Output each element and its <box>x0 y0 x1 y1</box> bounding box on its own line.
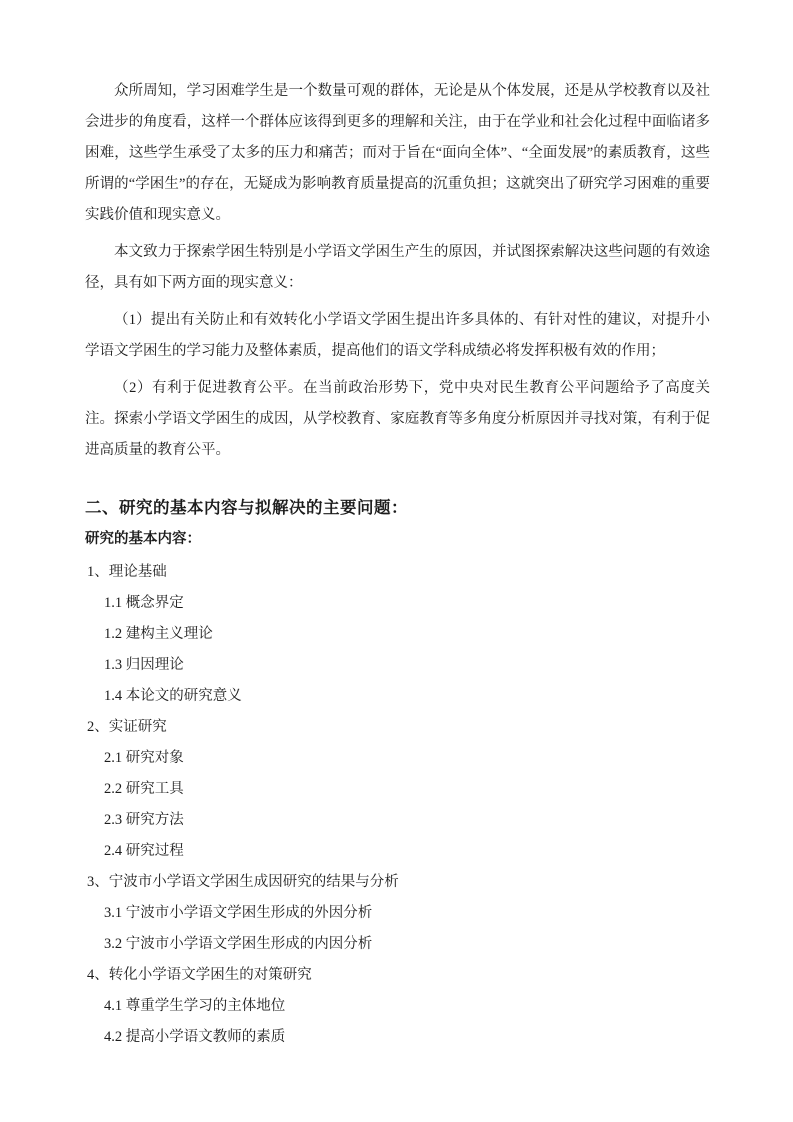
outline-item-3: 3、宁波市小学语文学困生成因研究的结果与分析 <box>85 867 710 898</box>
subsection-heading: 研究的基本内容： <box>85 524 710 555</box>
outline-item-1-2: 1.2 建构主义理论 <box>85 619 710 650</box>
outline-item-3-1: 3.1 宁波市小学语文学困生形成的外因分析 <box>85 898 710 929</box>
intro-paragraph: 众所周知，学习困难学生是一个数量可观的群体，无论是从个体发展，还是从学校教育以及… <box>85 76 710 231</box>
significance-point-1: （1）提出有关防止和有效转化小学语文学困生提出许多具体的、有针对性的建议，对提升… <box>85 305 710 367</box>
section-heading: 二、研究的基本内容与拟解决的主要问题： <box>85 492 710 524</box>
significance-point-2: （2）有利于促进教育公平。在当前政治形势下，党中央对民生教育公平问题给予了高度关… <box>85 373 710 466</box>
purpose-paragraph: 本文致力于探索学困生特别是小学语文学困生产生的原因，并试图探索解决这些问题的有效… <box>85 237 710 299</box>
outline-list: 1、理论基础 1.1 概念界定 1.2 建构主义理论 1.3 归因理论 1.4 … <box>85 557 710 1053</box>
outline-item-2: 2、实证研究 <box>85 712 710 743</box>
outline-item-4: 4、转化小学语文学困生的对策研究 <box>85 960 710 991</box>
outline-item-1-1: 1.1 概念界定 <box>85 588 710 619</box>
outline-item-2-2: 2.2 研究工具 <box>85 774 710 805</box>
outline-item-2-4: 2.4 研究过程 <box>85 836 710 867</box>
outline-item-1: 1、理论基础 <box>85 557 710 588</box>
outline-item-4-1: 4.1 尊重学生学习的主体地位 <box>85 991 710 1022</box>
outline-item-2-1: 2.1 研究对象 <box>85 743 710 774</box>
outline-item-1-4: 1.4 本论文的研究意义 <box>85 681 710 712</box>
outline-item-3-2: 3.2 宁波市小学语文学困生形成的内因分析 <box>85 929 710 960</box>
outline-item-4-2: 4.2 提高小学语文教师的素质 <box>85 1022 710 1053</box>
outline-item-1-3: 1.3 归因理论 <box>85 650 710 681</box>
document-page: 众所周知，学习困难学生是一个数量可观的群体，无论是从个体发展，还是从学校教育以及… <box>0 0 793 1122</box>
outline-item-2-3: 2.3 研究方法 <box>85 805 710 836</box>
